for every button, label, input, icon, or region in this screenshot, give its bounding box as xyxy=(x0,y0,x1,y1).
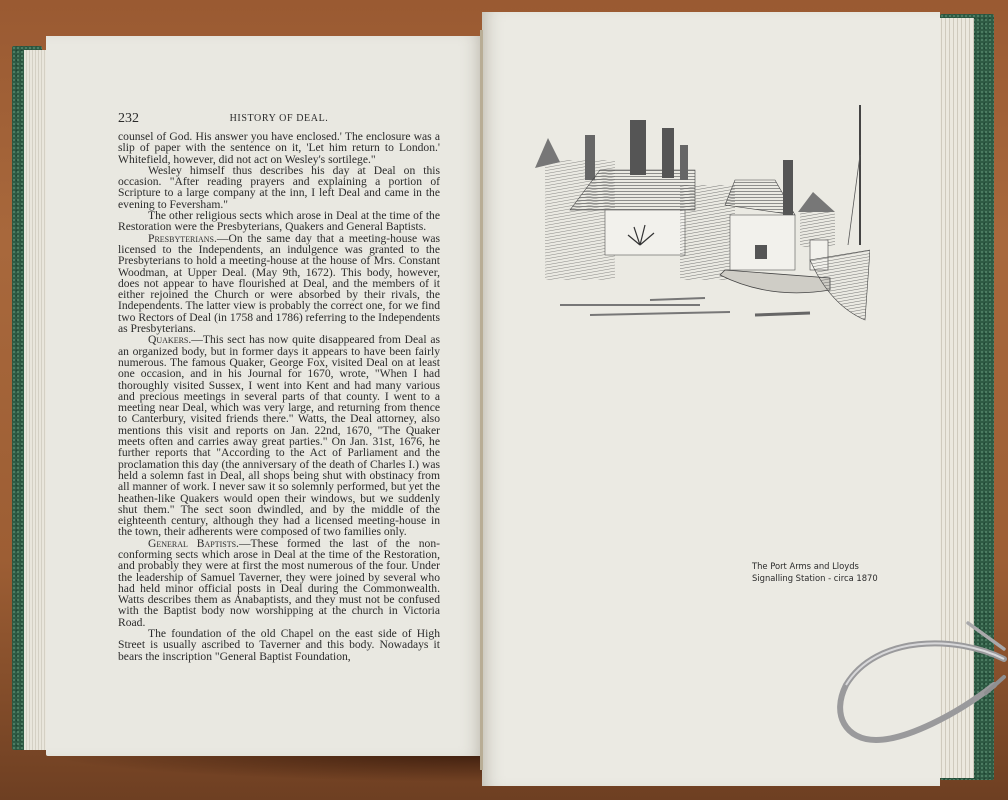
paragraph-presbyterians: Presbyterians.—On the same day that a me… xyxy=(118,233,440,335)
metal-bookmark-icon xyxy=(836,615,1008,745)
illustration-sketch xyxy=(530,100,870,332)
running-head-title: HISTORY OF DEAL. xyxy=(118,113,440,124)
paragraph: The foundation of the old Chapel on the … xyxy=(118,628,440,662)
body-text: counsel of God. His answer you have encl… xyxy=(118,131,440,662)
paragraph: The other religious sects which arose in… xyxy=(118,210,440,233)
paragraph: counsel of God. His answer you have encl… xyxy=(118,131,440,165)
sketch-image-icon xyxy=(530,100,870,332)
paragraph: Wesley himself thus describes his day at… xyxy=(118,165,440,210)
caption-line-2: Signalling Station - circa 1870 xyxy=(752,572,872,584)
caption-line-1: The Port Arms and Lloyds xyxy=(752,560,872,572)
paragraph-general-baptists: General Baptists.—These formed the last … xyxy=(118,538,440,628)
book-gutter xyxy=(480,30,483,770)
running-head: 232 HISTORY OF DEAL. xyxy=(118,111,440,127)
illustration-caption: The Port Arms and Lloyds Signalling Stat… xyxy=(752,560,872,584)
paragraph-quakers: Quakers.—This sect has now quite disappe… xyxy=(118,334,440,537)
